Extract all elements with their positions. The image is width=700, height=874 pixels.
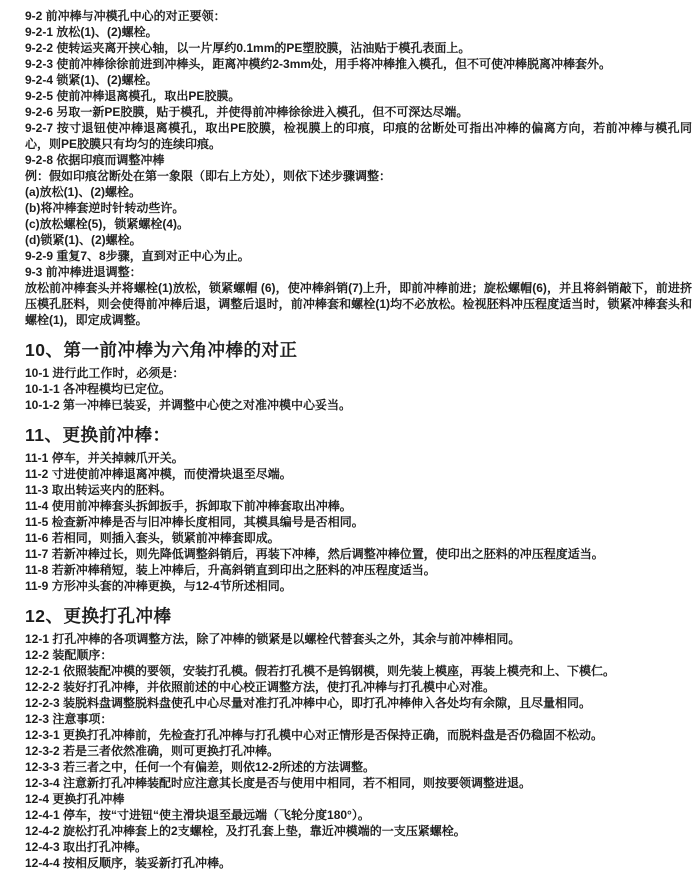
text-line: 11-3 取出转运夹内的胚料。: [25, 482, 692, 498]
text-line: 12-3-1 更换打孔冲棒前，先检查打孔冲棒与打孔模中心对正情形是否保持正确，而…: [25, 727, 692, 743]
text-line: 9-2-8 依据印痕而调整冲棒: [25, 152, 692, 168]
text-line: 12-1 打孔冲棒的各项调整方法，除了冲棒的锁紧是以螺栓代替套头之外，其余与前冲…: [25, 631, 692, 647]
text-line: (b)将冲棒套逆时针转动些许。: [25, 200, 692, 216]
text-line: 10-1-1 各冲程模均已定位。: [25, 381, 692, 397]
text-line: 12-3-2 若是三者依然准确，则可更换打孔冲棒。: [25, 743, 692, 759]
text-line: 11-7 若新冲棒过长，则先降低调整斜销后，再装下冲棒，然后调整冲棒位置，使印出…: [25, 546, 692, 562]
text-line: 12-3-3 若三者之中，任何一个有偏差，则依12-2所述的方法调整。: [25, 759, 692, 775]
text-line: 9-2-9 重复7、8步骤，直到对正中心为止。: [25, 248, 692, 264]
text-line: (d)锁紧(1)、(2)螺栓。: [25, 232, 692, 248]
text-line: 11-4 使用前冲棒套头拆卸扳手，拆卸取下前冲棒套取出冲棒。: [25, 498, 692, 514]
text-line: 12-3 注意事项：: [25, 711, 692, 727]
text-line: 10-1 进行此工作时，必须是：: [25, 365, 692, 381]
text-line: 11-2 寸进使前冲棒退离冲模，而使滑块退至尽端。: [25, 466, 692, 482]
manual-document-page: 9-2 前冲棒与冲模孔中心的对正要领：9-2-1 放松(1)、(2)螺栓。9-2…: [0, 0, 700, 874]
text-line: 12-2-1 依照装配冲模的要领，安装打孔模。假若打孔模不是钨钢模，则先装上模座…: [25, 663, 692, 679]
text-line: 9-2-1 放松(1)、(2)螺栓。: [25, 24, 692, 40]
section-heading: 10、第一前冲棒为六角冲棒的对正: [25, 339, 692, 361]
text-line: 9-2-3 使前冲棒徐徐前进到冲棒头，距离冲模约2-3mm处，用手将冲棒推入模孔…: [25, 56, 692, 72]
section-heading: 12、更换打孔冲棒: [25, 605, 692, 627]
text-line: 12-4-4 按相反顺序，装妥新打孔冲棒。: [25, 855, 692, 871]
text-line: 9-2-2 使转运夹离开挟心轴，以一片厚约0.1mm的PE塑胶膜，沾油贴于模孔表…: [25, 40, 692, 56]
text-line: 12-4-3 取出打孔冲棒。: [25, 839, 692, 855]
section-heading: 11、更换前冲棒：: [25, 424, 692, 446]
text-line: (c)放松螺栓(5)，锁紧螺栓(4)。: [25, 216, 692, 232]
text-line: 11-6 若相同，则插入套头，锁紧前冲棒套即成。: [25, 530, 692, 546]
text-line: 9-2-6 另取一新PE胶膜，贴于模孔，并使得前冲棒徐徐进入模孔，但不可深达尽端…: [25, 104, 692, 120]
text-line: 12-2 装配顺序：: [25, 647, 692, 663]
text-line: 10-1-2 第一冲棒已装妥，并调整中心使之对准冲模中心妥当。: [25, 397, 692, 413]
text-line: 9-2-5 使前冲棒退离模孔，取出PE胶膜。: [25, 88, 692, 104]
text-line: 11-8 若新冲棒稍短，装上冲棒后，升高斜销直到印出之胚料的冲压程度适当。: [25, 562, 692, 578]
document-text-blocks: 9-2 前冲棒与冲模孔中心的对正要领：9-2-1 放松(1)、(2)螺栓。9-2…: [25, 8, 692, 871]
text-line: 12-4-1 停车，按“寸进钮“使主滑块退至最远端（飞轮分度180°）。: [25, 807, 692, 823]
text-line: 12-4 更换打孔冲棒: [25, 791, 692, 807]
text-line: 12-2-3 装脱料盘调整脱料盘使孔中心尽量对准打孔冲棒中心，即打孔冲棒伸入各处…: [25, 695, 692, 711]
text-line: 12-3-4 注意新打孔冲棒装配时应注意其长度是否与使用中相同，若不相同，则按要…: [25, 775, 692, 791]
text-line: 9-3 前冲棒进退调整：: [25, 264, 692, 280]
text-line: 9-2-4 锁紧(1)、(2)螺栓。: [25, 72, 692, 88]
text-line: (a)放松(1)、(2)螺栓。: [25, 184, 692, 200]
text-line: 11-1 停车，并关掉棘爪开关。: [25, 450, 692, 466]
text-line: 9-2-7 按寸退钮使冲棒退离模孔，取出PE胶膜，检视膜上的印痕，印痕的岔断处可…: [25, 120, 692, 152]
text-line: 11-5 检查新冲棒是否与旧冲棒长度相同，其模具编号是否相同。: [25, 514, 692, 530]
text-line: 9-2 前冲棒与冲模孔中心的对正要领：: [25, 8, 692, 24]
text-line: 放松前冲棒套头并将螺栓(1)放松，锁紧螺帽 (6)，使冲棒斜销(7)上升，即前冲…: [25, 280, 692, 328]
text-line: 12-4-2 旋松打孔冲棒套上的2支螺栓，及打孔套上垫，靠近冲模端的一支压紧螺栓…: [25, 823, 692, 839]
text-line: 11-9 方形冲头套的冲棒更换，与12-4节所述相同。: [25, 578, 692, 594]
text-line: 12-2-2 装好打孔冲棒，并依照前述的中心校正调整方法，使打孔冲棒与打孔模中心…: [25, 679, 692, 695]
text-line: 例：假如印痕岔断处在第一象限（即右上方处），则依下述步骤调整：: [25, 168, 692, 184]
